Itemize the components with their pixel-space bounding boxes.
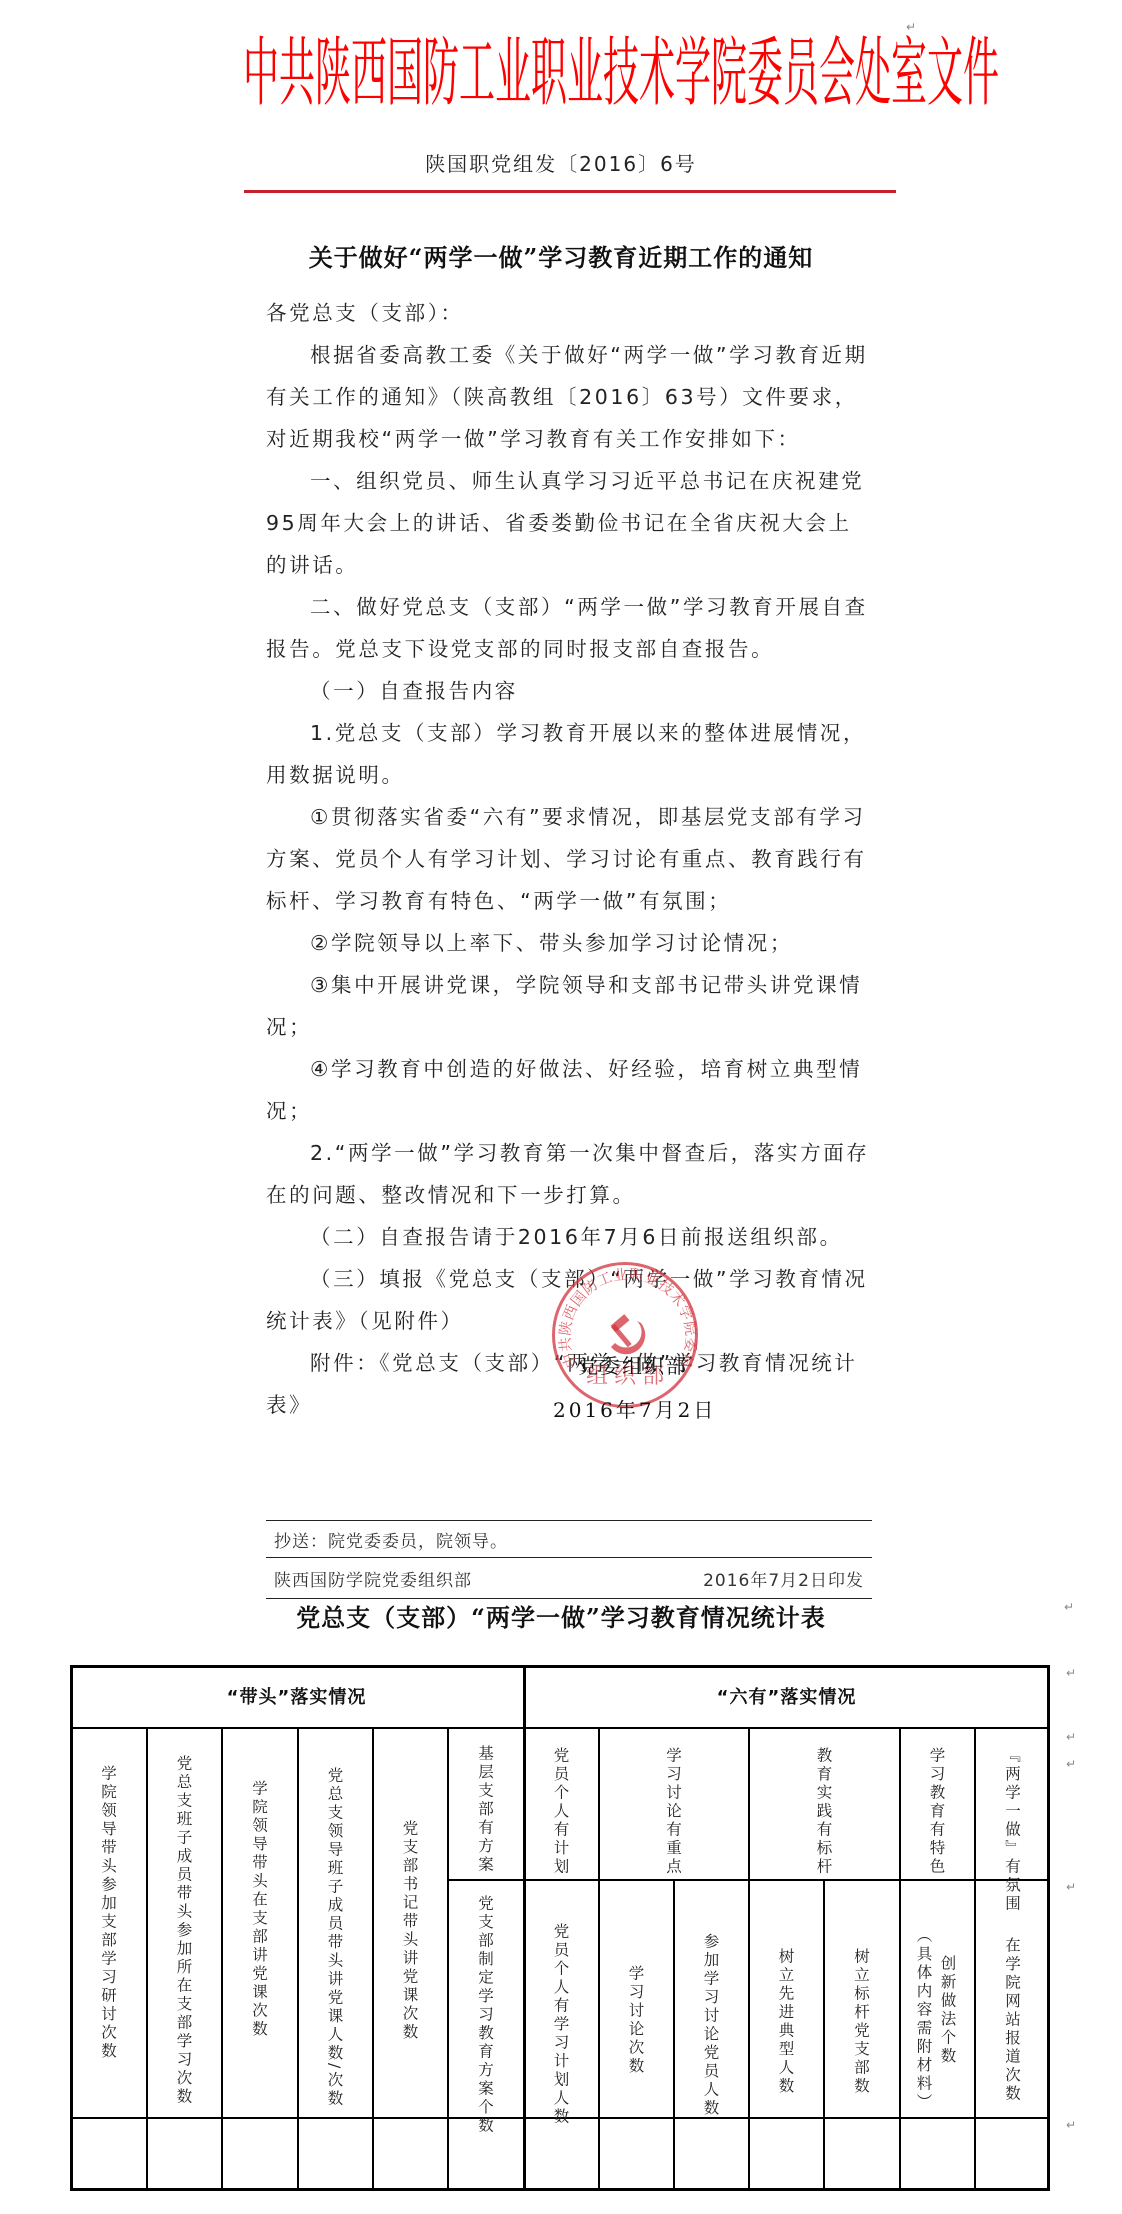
cc-row: 抄送：院党委委员，院领导。	[266, 1520, 872, 1557]
column-header: 学习讨论有重点	[664, 1747, 682, 1877]
letterhead-char: 学	[675, 36, 701, 111]
column-header: 树立先进典型人数	[777, 1948, 795, 2096]
column-header: 党员个人有学习计划人数	[552, 1923, 570, 2127]
table-rule	[523, 1665, 526, 2191]
group-header-liuyou: “六有”落实情况	[523, 1665, 1050, 1727]
body-paragraph: ②学院领导以上率下、带头参加学习讨论情况；	[266, 922, 872, 964]
letterhead-char: 陕	[315, 36, 341, 111]
table-rule	[70, 1665, 73, 2191]
letterhead-char: 工	[459, 36, 485, 111]
table-rule	[673, 1879, 675, 2191]
table-rule	[70, 2188, 1050, 2191]
column-header: 学院领导带头参加支部学习研讨次数	[99, 1765, 117, 2061]
column-header: 创新做法个数	[939, 1955, 957, 2066]
column-header: 党总支班子成员带头参加所在支部学习次数	[175, 1755, 193, 2107]
cc-recipients: 抄送：院党委委员，院领导。	[274, 1527, 508, 1552]
letterhead-char: 员	[783, 36, 809, 111]
paragraph-mark-icon: ↵	[1066, 1730, 1076, 1744]
paragraph-mark-icon: ↵	[1064, 1600, 1074, 1614]
letterhead-char: 防	[423, 36, 449, 111]
letterhead-char: 中	[243, 36, 269, 111]
column-header: 党员个人有计划	[552, 1747, 570, 1877]
issue-date: 2016年7月2日印发	[703, 1566, 864, 1591]
column-header: 学习教育有特色	[928, 1747, 946, 1877]
data-cell[interactable]	[751, 2120, 821, 2187]
table-rule	[447, 1727, 449, 2191]
column-header: 党总支领导班子成员带头讲党课人数/次数	[326, 1767, 344, 2108]
data-cell[interactable]	[826, 2120, 897, 2187]
table-rule	[974, 1727, 976, 2191]
official-seal: 中共陕西国防工业职业技术学院委员会 组织部	[552, 1262, 698, 1408]
letterhead-char: 会	[819, 36, 845, 111]
paragraph-mark-icon: ↵	[1066, 1666, 1076, 1680]
body-paragraph: ④学习教育中创造的好做法、好经验，培育树立典型情况；	[266, 1048, 872, 1132]
letterhead-char: 国	[387, 36, 413, 111]
table-rule	[221, 1727, 223, 2191]
column-header: 基层支部有方案	[476, 1745, 494, 1875]
table-rule	[523, 1879, 1050, 1881]
attachment-table-title: 党总支（支部）“两学一做”学习教育情况统计表	[0, 1598, 1122, 1633]
body-paragraph: （一）自查报告内容	[266, 670, 872, 712]
data-cell[interactable]	[676, 2120, 746, 2187]
column-header-note: （具体内容需附材料）	[915, 1927, 933, 2112]
table-rule	[70, 1727, 1050, 1729]
data-cell[interactable]	[300, 2120, 370, 2187]
letterhead-char: 职	[531, 36, 557, 111]
letterhead-char: 技	[603, 36, 629, 111]
data-cell[interactable]	[224, 2120, 295, 2187]
data-cell[interactable]	[902, 2120, 972, 2187]
cc-footer: 抄送：院党委委员，院领导。 陕西国防学院党委组织部 2016年7月2日印发	[266, 1520, 872, 1599]
signer: 党委组织部	[578, 1350, 688, 1379]
body-paragraph: 二、做好党总支（支部）“两学一做”学习教育开展自查报告。党总支下设党支部的同时报…	[266, 586, 872, 670]
column-header: 在学院网站报道次数	[1003, 1937, 1021, 2104]
column-header: 树立标杆党支部数	[852, 1948, 870, 2096]
body-paragraph: 2.“两学一做”学习教育第一次集中督查后，落实方面存在的问题、整改情况和下一步打…	[266, 1132, 872, 1216]
addressee: 各党总支（支部）：	[266, 292, 872, 334]
paragraph-list: 根据省委高教工委《关于做好“两学一做”学习教育近期有关工作的通知》（陕高教组〔2…	[266, 334, 872, 1426]
data-cell[interactable]	[375, 2120, 445, 2187]
column-header: 教育实践有标杆	[815, 1747, 833, 1877]
stats-table: “带头”落实情况“六有”落实情况学院领导带头参加支部学习研讨次数党总支班子成员带…	[70, 1665, 1050, 2191]
paragraph-mark-icon: ↵	[1066, 1880, 1076, 1894]
issue-row: 陕西国防学院党委组织部 2016年7月2日印发	[266, 1557, 872, 1599]
data-cell[interactable]	[977, 2120, 1048, 2187]
data-cell[interactable]	[601, 2120, 671, 2187]
letterhead-char: 委	[747, 36, 773, 111]
letterhead-char: 西	[351, 36, 377, 111]
body-paragraph: 根据省委高教工委《关于做好“两学一做”学习教育近期有关工作的通知》（陕高教组〔2…	[266, 334, 872, 460]
table-rule	[598, 1727, 600, 2191]
body-paragraph: （二）自查报告请于2016年7月6日前报送组织部。	[266, 1216, 872, 1258]
notice-body: 各党总支（支部）： 根据省委高教工委《关于做好“两学一做”学习教育近期有关工作的…	[266, 292, 872, 1426]
letterhead-char: 院	[711, 36, 737, 111]
letterhead-char: 件	[963, 36, 989, 111]
data-cell[interactable]	[526, 2120, 596, 2187]
letterhead-title: 中共陕西国防工业职业技术学院委员会处室文件	[238, 28, 908, 118]
table-rule	[297, 1727, 299, 2191]
letterhead-char: 业	[567, 36, 593, 111]
table-rule	[823, 1879, 825, 2191]
letterhead-char: 共	[279, 36, 305, 111]
data-cell[interactable]	[73, 2120, 144, 2187]
paragraph-mark-icon: ↵	[1066, 1757, 1076, 1771]
table-rule	[372, 1727, 374, 2191]
letterhead-char: 业	[495, 36, 521, 111]
letterhead-char: 室	[891, 36, 917, 111]
paragraph-mark-icon: ↵	[1066, 2118, 1076, 2132]
column-header: 党支部书记带头讲党课次数	[401, 1820, 419, 2042]
notice-title: 关于做好“两学一做”学习教育近期工作的通知	[0, 238, 1122, 273]
body-paragraph: ①贯彻落实省委“六有”要求情况，即基层党支部有学习方案、党员个人有学习计划、学习…	[266, 796, 872, 922]
data-cell[interactable]	[450, 2120, 521, 2187]
data-cell[interactable]	[149, 2120, 219, 2187]
body-paragraph: ③集中开展讲党课，学院领导和支部书记带头讲党课情况；	[266, 964, 872, 1048]
letterhead-char: 文	[927, 36, 953, 111]
table-rule	[1047, 1665, 1050, 2191]
column-header: 参加学习讨论党员人数	[702, 1933, 720, 2118]
issuer: 陕西国防学院党委组织部	[274, 1566, 472, 1591]
table-rule	[447, 1879, 523, 1881]
table-rule	[748, 1727, 750, 2191]
letterhead-char: 处	[855, 36, 881, 111]
column-header: 学院领导带头在支部讲党课次数	[250, 1780, 268, 2039]
column-header: 学习讨论次数	[627, 1965, 645, 2076]
signature-date: 2016年7月2日	[553, 1394, 716, 1423]
body-paragraph: 1.党总支（支部）学习教育开展以来的整体进展情况，用数据说明。	[266, 712, 872, 796]
body-paragraph: 一、组织党员、师生认真学习习近平总书记在庆祝建党95周年大会上的讲话、省委娄勤俭…	[266, 460, 872, 586]
document-number: 陕国职党组发〔2016〕6号	[0, 148, 1122, 177]
red-divider	[244, 190, 896, 193]
group-header-daitou: “带头”落实情况	[70, 1665, 523, 1727]
column-header: 『两学一做』有氛围	[1003, 1747, 1021, 1914]
table-rule	[899, 1727, 901, 2191]
table-rule	[146, 1727, 148, 2191]
column-header: 党支部制定学习教育方案个数	[476, 1895, 494, 2136]
paragraph-mark-icon: ↵	[906, 20, 916, 34]
letterhead-char: 术	[639, 36, 665, 111]
